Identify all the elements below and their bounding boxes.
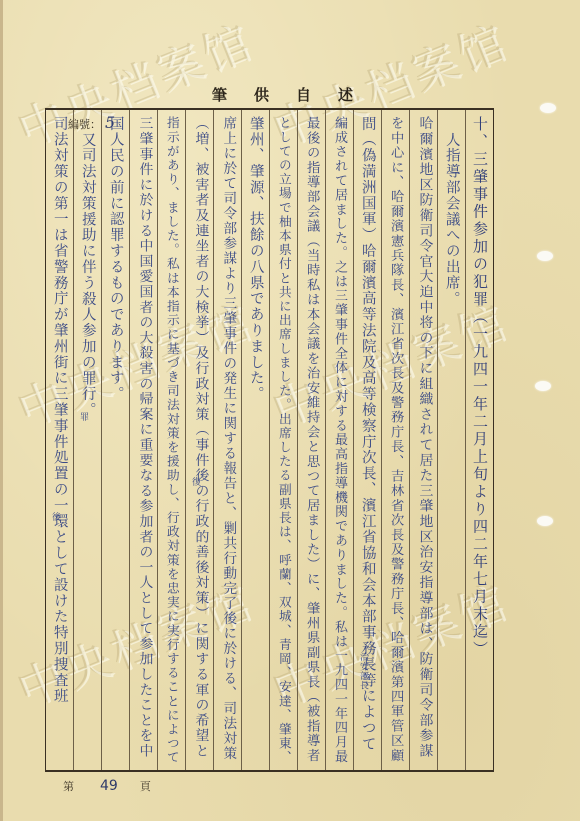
- column-text: 三肇事件に於ける中国愛国者の大殺害の帰案に重要なる参加者の一人として参加したこと…: [137, 116, 151, 759]
- page-footer: 第49頁: [63, 778, 151, 794]
- column-text: 人指導部会議への出席。: [444, 132, 459, 307]
- manuscript-grid: 十、三肇事件参加の犯罪（一九四一年二月上旬より四二年七月末迄）人指導部会議への出…: [45, 108, 494, 772]
- manuscript-column: 問（偽満洲国軍）哈爾濱高等法院及高等検察庁次長、濱江省協和会本部事務長等によつて…: [353, 110, 381, 770]
- manuscript-column: 最後の指導部会議（当時私は本会議を治安維持会と思つて居ました）に、肇州県副県長（…: [297, 110, 325, 770]
- manuscript-column: 司法対策の第一は省警務庁が肇州街に三肇事件処置の一環として設けた特別捜査班後: [46, 110, 73, 770]
- manuscript-column: 人指導部会議への出席。: [437, 110, 465, 770]
- column-text: 編成されて居ました。之は三肇事件全体に対する最高指導機関でありました。私は一九四…: [333, 116, 346, 764]
- manuscript-column: 哈爾濱地区防衛司令官大迫中将の下に組織されて居た三肇地区治安指導部は、防衛司令部…: [409, 110, 437, 770]
- manuscript-column: 肇州、肇源、扶餘の八県でありました。: [241, 110, 269, 770]
- manuscript-column: 指示があり、ました。私は本指示に基づき司法対策を援助し、行政対策を忠実に実行する…: [157, 110, 185, 770]
- manuscript-column: 編成されて居ました。之は三肇事件全体に対する最高指導機関でありました。私は一九四…: [325, 110, 353, 770]
- column-text: 又司法対策援助に伴う殺人参加の罪行。: [80, 132, 95, 418]
- punch-hole: [540, 103, 556, 113]
- manuscript-column: （増、被害者及連坐者の大検挙）及行政対策（事件後の行政的善後対策）に関する軍の希…: [185, 110, 213, 770]
- manuscript-column: としての立場で柚本県付と共に出席しました。出席したる副県長は、呼蘭、双城、青岡、…: [269, 110, 297, 770]
- column-text: 国人民の前に認罪するものであります。: [108, 116, 123, 402]
- page-prefix: 第: [63, 780, 74, 793]
- margin-annotation: 後: [50, 512, 59, 522]
- margin-annotation: 治安部長: [358, 652, 367, 690]
- punch-hole: [535, 381, 551, 391]
- column-text: 最後の指導部会議（当時私は本会議を治安維持会と思つて居ました）に、肇州県副県長（…: [305, 116, 318, 763]
- manuscript-column: 国人民の前に認罪するものであります。: [101, 110, 129, 770]
- manuscript-column: を中心に、哈爾濱憲兵隊長、濱江省次長及警務庁長、吉林省次長及警務庁長、哈爾濱第四…: [381, 110, 409, 770]
- punch-hole: [537, 251, 553, 261]
- page-title: 筆供自述: [212, 84, 380, 105]
- page-suffix: 頁: [140, 780, 151, 793]
- column-text: 哈爾濱地区防衛司令官大迫中将の下に組織されて居た三肇地区治安指導部は、防衛司令部…: [417, 116, 431, 759]
- page-edge: [0, 0, 3, 821]
- margin-annotation: 罪: [78, 412, 87, 422]
- margin-annotation: 復: [190, 477, 199, 487]
- manuscript-column: 三肇事件に於ける中国愛国者の大殺害の帰案に重要なる参加者の一人として参加したこと…: [129, 110, 157, 770]
- column-text: 指示があり、ました。私は本指示に基づき司法対策を援助し、行政対策を忠実に実行する…: [165, 116, 178, 765]
- manuscript-column: 又司法対策援助に伴う殺人参加の罪行。罪: [73, 110, 101, 770]
- column-text: としての立場で柚本県付と共に出席しました。出席したる副県長は、呼蘭、双城、青岡、…: [277, 116, 290, 765]
- manuscript-column: 十、三肇事件参加の犯罪（一九四一年二月上旬より四二年七月末迄）: [465, 110, 493, 770]
- column-text: 司法対策の第一は省警務庁が肇州街に三肇事件処置の一環として設けた特別捜査班: [52, 116, 67, 704]
- column-text: 席上に於て司令部参謀より三肇事件の発生に関する報告と、剿共行動完了後に於ける、司…: [221, 116, 235, 761]
- column-text: 十、三肇事件参加の犯罪（一九四一年二月上旬より四二年七月末迄）: [472, 116, 487, 659]
- column-text: （増、被害者及連坐者の大検挙）及行政対策（事件後の行政的善後対策）に関する軍の希…: [193, 116, 207, 759]
- column-text: を中心に、哈爾濱憲兵隊長、濱江省次長及警務庁長、吉林省次長及警務庁長、哈爾濱第四…: [389, 116, 402, 763]
- punch-hole: [537, 516, 553, 526]
- manuscript-column: 席上に於て司令部参謀より三肇事件の発生に関する報告と、剿共行動完了後に於ける、司…: [213, 110, 241, 770]
- page-number: 49: [100, 778, 118, 794]
- column-text: 肇州、肇源、扶餘の八県でありました。: [248, 116, 263, 402]
